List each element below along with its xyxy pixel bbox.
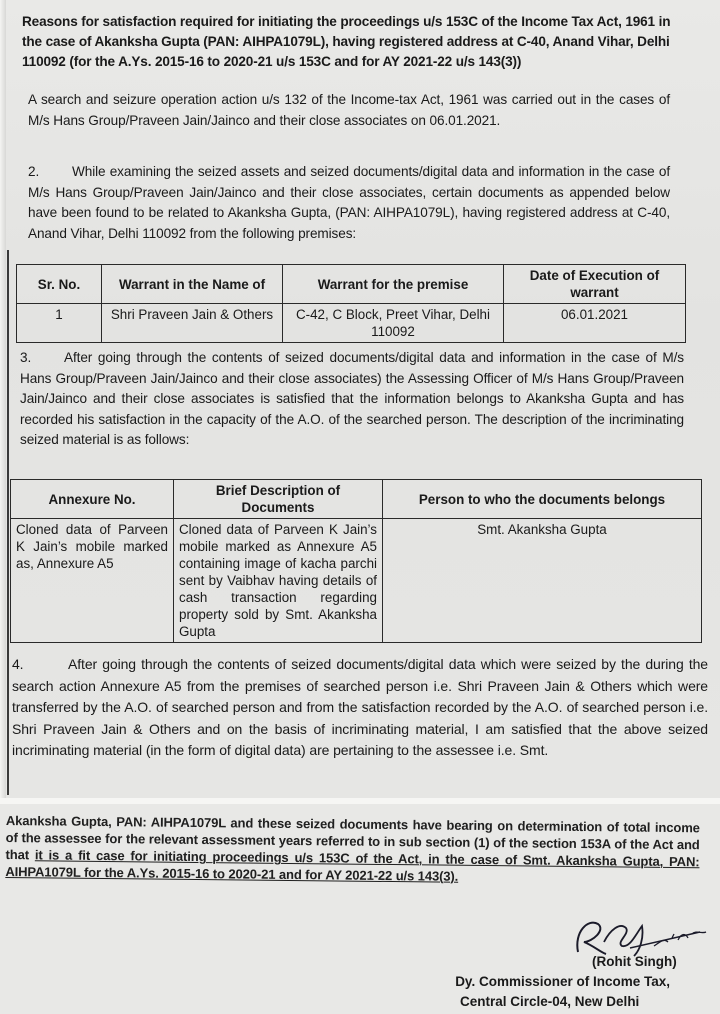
paragraph-3: 3.After going through the contents of se… — [20, 348, 684, 451]
underlined-conclusion: it is a fit case for initiating proceedi… — [5, 847, 699, 883]
table-row: Cloned data of Parveen K Jain’s mobile m… — [11, 519, 702, 643]
table-cell: Cloned data of Parveen K Jain’s mobile m… — [11, 519, 174, 643]
paragraph-number: 4. — [12, 654, 68, 676]
signatory-designation-block: Dy. Commissioner of Income Tax, Central … — [420, 972, 710, 1012]
table-cell: 1 — [17, 304, 102, 343]
table-cell: Cloned data of Parveen K Jain’s mobile m… — [174, 519, 383, 643]
column-header: Person to who the documents belongs — [383, 480, 702, 519]
column-header: Annexure No. — [11, 480, 174, 519]
paragraph-text: While examining the seized assets and se… — [28, 164, 670, 241]
signatory-office: Central Circle-04, New Delhi — [460, 992, 670, 1012]
paragraph-2: 2.While examining the seized assets and … — [28, 162, 670, 244]
paragraph-number: 2. — [28, 162, 72, 183]
paragraph-4: 4.After going through the contents of se… — [12, 654, 708, 762]
handwritten-signature-icon — [570, 912, 710, 960]
table-cell: Smt. Akanksha Gupta — [383, 519, 702, 643]
paragraph-5: Akanksha Gupta, PAN: AIHPA1079L and thes… — [5, 812, 700, 887]
table-row: 1 Shri Praveen Jain & Others C-42, C Blo… — [17, 304, 686, 343]
margin-rule — [7, 250, 9, 795]
column-header: Warrant in the Name of — [102, 265, 283, 304]
paragraph-text: After going through the contents of seiz… — [20, 350, 684, 447]
table-cell: C-42, C Block, Preet Vihar, Delhi 110092 — [283, 304, 504, 343]
signatory-name: (Rohit Singh) — [592, 954, 677, 969]
table-cell: 06.01.2021 — [504, 304, 686, 343]
page-edge — [0, 0, 6, 798]
signature-block: (Rohit Singh) Dy. Commissioner of Income… — [420, 912, 710, 1012]
document-heading: Reasons for satisfaction required for in… — [22, 12, 682, 72]
paragraph-text: After going through the contents of seiz… — [12, 656, 708, 758]
column-header: Sr. No. — [17, 265, 102, 304]
column-header: Warrant for the premise — [283, 265, 504, 304]
annexure-table: Annexure No. Brief Description of Docume… — [10, 479, 702, 643]
signatory-designation: Dy. Commissioner of Income Tax, — [420, 972, 670, 992]
table-header-row: Sr. No. Warrant in the Name of Warrant f… — [17, 265, 686, 304]
paragraph-number: 3. — [20, 348, 64, 369]
warrant-table: Sr. No. Warrant in the Name of Warrant f… — [16, 264, 686, 343]
column-header: Brief Description of Documents — [174, 480, 383, 519]
table-header-row: Annexure No. Brief Description of Docume… — [11, 480, 702, 519]
intro-paragraph: A search and seizure operation action u/… — [28, 90, 670, 131]
column-header: Date of Execution of warrant — [504, 265, 686, 304]
table-cell: Shri Praveen Jain & Others — [102, 304, 283, 343]
